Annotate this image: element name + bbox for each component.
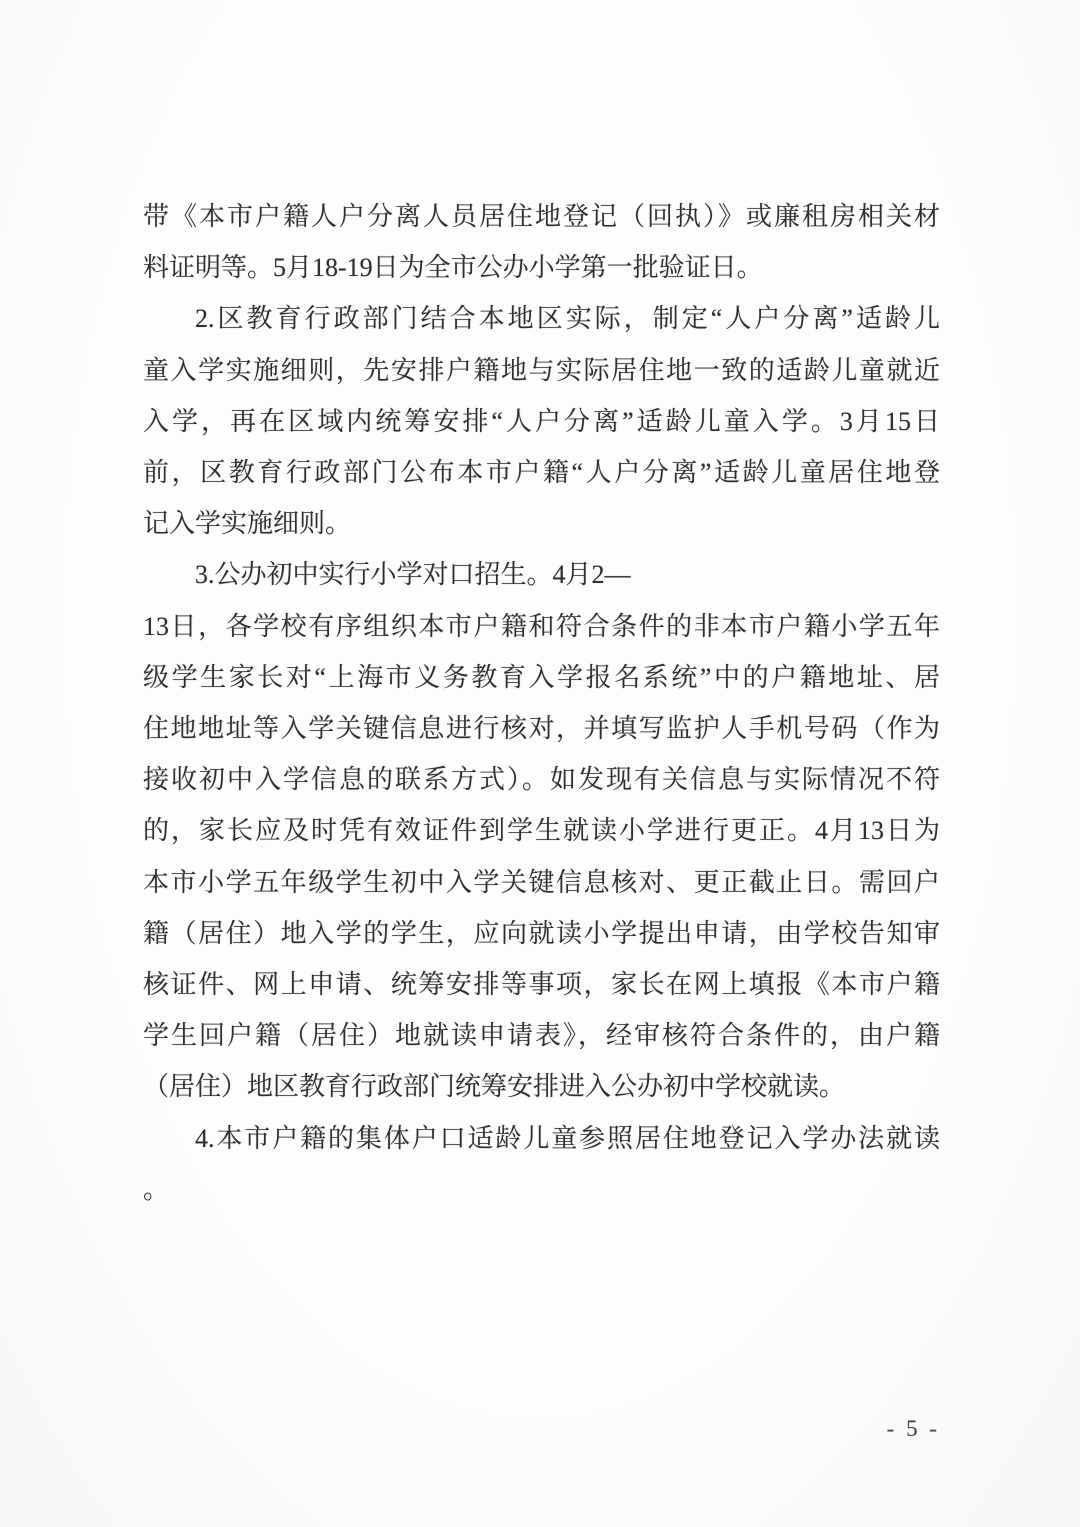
text-line: 入学，再在区域内统筹安排“人户分离”适龄儿童入学。3月15日 bbox=[143, 396, 940, 447]
text-line: 。 bbox=[143, 1164, 940, 1215]
text-line: 籍（居住）地入学的学生，应向就读小学提出申请，由学校告知审 bbox=[143, 908, 940, 959]
text-line: 13日，各学校有序组织本市户籍和符合条件的非本市户籍小学五年 bbox=[143, 601, 940, 652]
text-line: （居住）地区教育行政部门统筹安排进入公办初中学校就读。 bbox=[143, 1061, 940, 1112]
text-line: 料证明等。5月18-19日为全市公办小学第一批验证日。 bbox=[143, 242, 940, 293]
text-line: 童入学实施细则，先安排户籍地与实际居住地一致的适龄儿童就近 bbox=[143, 345, 940, 396]
text-line: 本市小学五年级学生初中入学关键信息核对、更正截止日。需回户 bbox=[143, 857, 940, 908]
document-lines: 带《本市户籍人户分离人员居住地登记（回执）》或廉租房相关材料证明等。5月18-1… bbox=[143, 191, 940, 1215]
text-line: 2.区教育行政部门结合本地区实际，制定“人户分离”适龄儿 bbox=[143, 293, 940, 344]
text-line: 带《本市户籍人户分离人员居住地登记（回执）》或廉租房相关材 bbox=[143, 191, 940, 242]
text-line: 记入学实施细则。 bbox=[143, 498, 940, 549]
text-line: 4.本市户籍的集体户口适龄儿童参照居住地登记入学办法就读 bbox=[143, 1113, 940, 1164]
text-line: 学生回户籍（居住）地就读申请表》，经审核符合条件的，由户籍 bbox=[143, 1010, 940, 1061]
text-line: 前，区教育行政部门公布本市户籍“人户分离”适龄儿童居住地登 bbox=[143, 447, 940, 498]
text-line: 3.公办初中实行小学对口招生。4月2— bbox=[143, 549, 940, 600]
text-line: 的，家长应及时凭有效证件到学生就读小学进行更正。4月13日为 bbox=[143, 805, 940, 856]
text-line: 住地地址等入学关键信息进行核对，并填写监护人手机号码（作为 bbox=[143, 703, 940, 754]
document-page: 带《本市户籍人户分离人员居住地登记（回执）》或廉租房相关材料证明等。5月18-1… bbox=[0, 0, 1080, 1527]
page-number: - 5 - bbox=[887, 1416, 940, 1442]
text-line: 核证件、网上申请、统筹安排等事项，家长在网上填报《本市户籍 bbox=[143, 959, 940, 1010]
text-line: 接收初中入学信息的联系方式）。如发现有关信息与实际情况不符 bbox=[143, 754, 940, 805]
text-line: 级学生家长对“上海市义务教育入学报名系统”中的户籍地址、居 bbox=[143, 652, 940, 703]
